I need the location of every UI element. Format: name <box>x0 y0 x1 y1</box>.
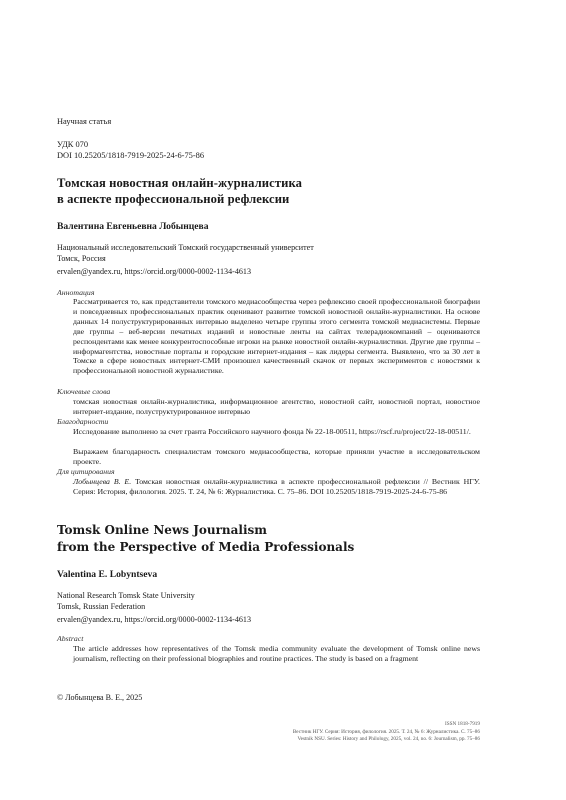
title-ru-line2: в аспекте профессиональной рефлексии <box>57 191 480 207</box>
article-type: Научная статья <box>57 117 111 128</box>
contacts-ru: ervalen@yandex.ru, https://orcid.org/000… <box>57 267 251 278</box>
abstract-label-en: Abstract <box>57 634 83 644</box>
affiliation-ru: Национальный исследовательский Томский г… <box>57 243 314 254</box>
abstract-en: The article addresses how representative… <box>57 644 480 664</box>
location-ru: Томск, Россия <box>57 254 106 265</box>
title-en-line2: from the Perspective of Media Profession… <box>57 539 480 556</box>
title-en: Tomsk Online News Journalism from the Pe… <box>57 522 480 556</box>
keywords-label: Ключевые слова <box>57 387 110 397</box>
footer-journal-ru: Вестник НГУ. Серия: История, филология. … <box>293 729 480 737</box>
title-ru-line1: Томская новостная онлайн-журналистика <box>57 175 480 191</box>
author-ru: Валентина Евгеньевна Лобынцева <box>57 221 209 233</box>
contacts-en: ervalen@yandex.ru, https://orcid.org/000… <box>57 615 251 626</box>
affiliation-en: National Research Tomsk State University <box>57 591 195 602</box>
citation-text: Томская новостная онлайн-журналистика в … <box>73 477 480 496</box>
copyright: © Лобынцева В. Е., 2025 <box>57 693 142 704</box>
acknowledgments-thanks: Выражаем благодарность специалистам томс… <box>57 447 480 467</box>
footer-issn: ISSN 1818-7919 <box>293 721 480 729</box>
doi: DOI 10.25205/1818-7919-2025-24-6-75-86 <box>57 151 204 162</box>
abstract-ru: Рассматривается то, как представители то… <box>57 297 480 376</box>
keywords-ru: томская новостная онлайн-журналистика, и… <box>57 397 480 417</box>
citation-ru: Лобынцева В. Е. Томская новостная онлайн… <box>57 477 480 497</box>
title-ru: Томская новостная онлайн-журналистика в … <box>57 175 480 207</box>
citation-label: Для цитирования <box>57 467 115 477</box>
footer-journal-en: Vestnik NSU. Series: History and Philolo… <box>293 736 480 744</box>
footer-journal-info: ISSN 1818-7919 Вестник НГУ. Серия: Истор… <box>293 721 480 744</box>
udc-code: УДК 070 <box>57 140 88 151</box>
author-en: Valentina E. Lobyntseva <box>57 569 157 581</box>
acknowledgments-label: Благодарности <box>57 417 108 427</box>
location-en: Tomsk, Russian Federation <box>57 602 145 613</box>
citation-author: Лобынцева В. Е. <box>73 477 131 486</box>
title-en-line1: Tomsk Online News Journalism <box>57 522 480 539</box>
acknowledgments-grant: Исследование выполнено за счет гранта Ро… <box>57 427 480 437</box>
